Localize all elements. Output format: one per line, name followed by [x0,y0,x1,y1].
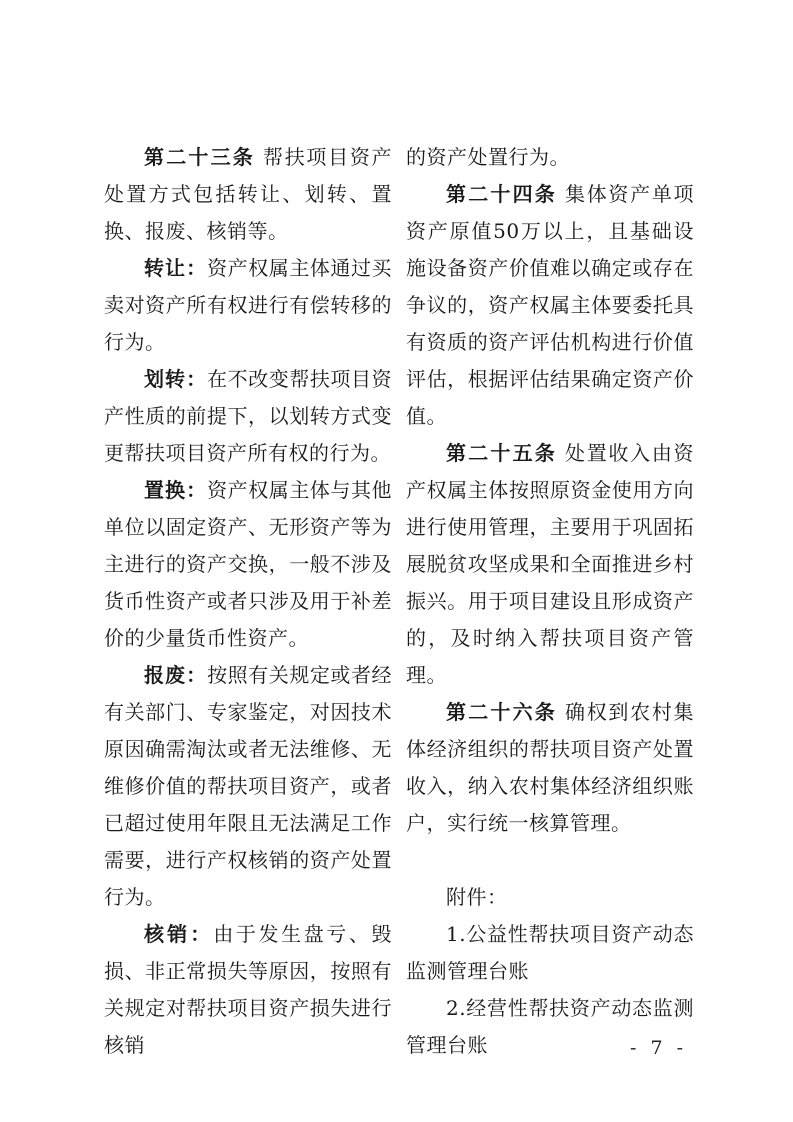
page-number: - 7 - [630,1036,687,1060]
para-writeoff-definition: 核销：由于发生盘亏、毁损、非正常损失等原因，按照有关规定对帮扶项目资产损失进行核… [104,916,392,1064]
right-column: 的资产处置行为。 第二十四条 集体资产单项资产原值50万以上，且基础设施设备资产… [406,139,694,1064]
para-exchange-definition: 置换：资产权属主体与其他单位以固定资产、无形资产等为主进行的资产交换，一般不涉及… [104,472,392,657]
exchange-term: 置换： [144,478,207,502]
left-column: 第二十三条 帮扶项目资产处置方式包括转让、划转、置换、报废、核销等。 转让：资产… [104,139,392,1064]
writeoff-term: 核销： [144,922,213,946]
exchange-text: 资产权属主体与其他单位以固定资产、无形资产等为主进行的资产交换，一般不涉及货币性… [104,478,392,650]
reallocation-term: 划转： [144,367,207,391]
attachment-item-1: 1.公益性帮扶项目资产动态监测管理台账 [406,916,694,990]
scrap-text: 按照有关规定或者经有关部门、专家鉴定，对因技术原因确需淘汰或者无法维修、无维修价… [104,663,392,909]
article-23-heading: 第二十三条 [144,145,255,169]
writeoff-continuation-text: 的资产处置行为。 [406,145,570,169]
document-body: 第二十三条 帮扶项目资产处置方式包括转让、划转、置换、报废、核销等。 转让：资产… [104,139,694,1064]
article-25-heading: 第二十五条 [446,441,557,465]
article-24-heading: 第二十四条 [446,182,557,206]
article-24-text: 集体资产单项资产原值50万以上，且基础设施设备资产价值难以确定或存在争议的，资产… [406,182,694,428]
para-reallocation-definition: 划转：在不改变帮扶项目资产性质的前提下，以划转方式变更帮扶项目资产所有权的行为。 [104,361,392,472]
para-article-23: 第二十三条 帮扶项目资产处置方式包括转让、划转、置换、报废、核销等。 [104,139,392,250]
para-scrap-definition: 报废：按照有关规定或者经有关部门、专家鉴定，对因技术原因确需淘汰或者无法维修、无… [104,657,392,916]
para-article-26: 第二十六条 确权到农村集体经济组织的帮扶项目资产处置收入，纳入农村集体经济组织账… [406,694,694,842]
para-writeoff-continuation: 的资产处置行为。 [406,139,694,176]
scrap-term: 报废： [144,663,207,687]
para-article-24: 第二十四条 集体资产单项资产原值50万以上，且基础设施设备资产价值难以确定或存在… [406,176,694,435]
attachments-label: 附件： [406,879,694,916]
transfer-term: 转让： [144,256,207,280]
para-transfer-definition: 转让：资产权属主体通过买卖对资产所有权进行有偿转移的行为。 [104,250,392,361]
para-article-25: 第二十五条 处置收入由资产权属主体按照原资金使用方向进行使用管理，主要用于巩固拓… [406,435,694,694]
document-page: 第二十三条 帮扶项目资产处置方式包括转让、划转、置换、报废、核销等。 转让：资产… [0,0,793,1122]
article-25-text: 处置收入由资产权属主体按照原资金使用方向进行使用管理，主要用于巩固拓展脱贫攻坚成… [406,441,694,687]
article-26-heading: 第二十六条 [446,700,557,724]
